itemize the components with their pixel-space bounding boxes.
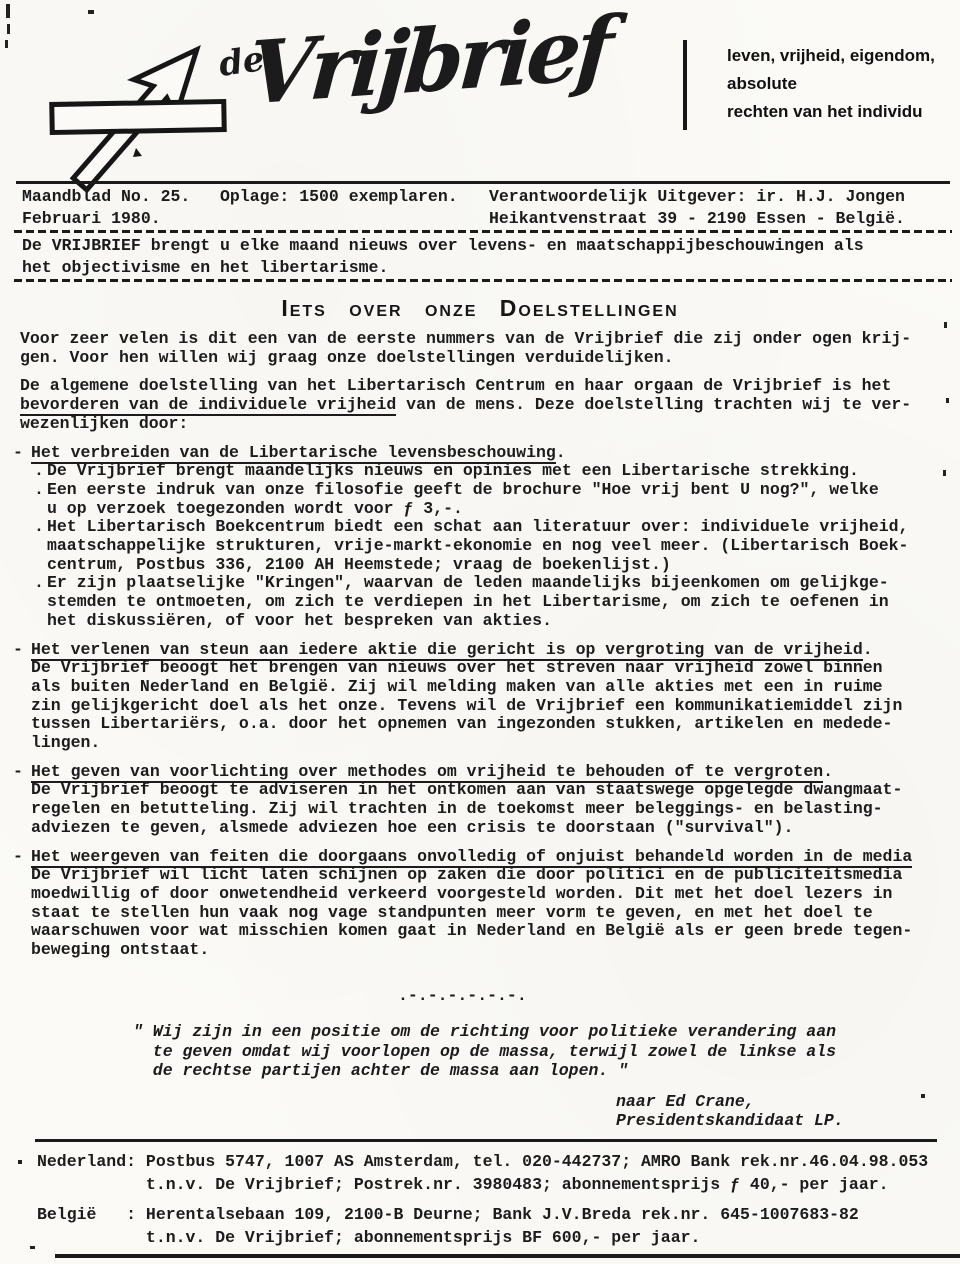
quote-line: te geven omdat wij voorlopen op de massa…: [133, 1042, 836, 1062]
pull-quote: " Wij zijn in een positie om de richting…: [133, 1022, 836, 1081]
body-line: stemden te ontmoeten, om zich te verdiep…: [0, 593, 960, 612]
body-line: lingen.: [0, 734, 960, 753]
text-segment: centrum, Postbus 336, 2100 AH Heemstede;…: [47, 555, 671, 574]
body-line: bevorderen van de individuele vrijheid v…: [0, 396, 960, 415]
body-line: De Vrijbrief wil licht laten schijnen op…: [0, 866, 960, 885]
dash-bullet-marker: -: [13, 848, 23, 867]
attribution-line: Presidentskandidaat LP.: [616, 1111, 844, 1130]
publisher: Verantwoordelijk Uitgever: ir. H.J. Jong…: [489, 187, 905, 206]
text-segment: moedwillig of door onwetendheid verkeerd…: [31, 884, 892, 903]
text-segment: als buiten Nederland en België. Zij wil …: [31, 677, 883, 696]
body-line: het diskussiëren, of voor het bespreken …: [0, 612, 960, 631]
footer-line: t.n.v. De Vrijbrief; Postrek.nr. 3980483…: [37, 1173, 928, 1196]
dash-bullet-marker: -: [13, 641, 23, 660]
article-body: Voor zeer velen is dit een van de eerste…: [0, 330, 960, 960]
body-line: De Vrijbrief beoogt te adviseren in het …: [0, 781, 960, 800]
text-segment: regelen en betutteling. Zij wil trachten…: [31, 799, 883, 818]
masthead: Maandblad No. 25. Oplage: 1500 exemplare…: [0, 0, 960, 171]
section-divider: .-.-.-.-.-.-.: [398, 986, 527, 1005]
body-line: moedwillig of door onwetendheid verkeerd…: [0, 885, 960, 904]
body-line: .Een eerste indruk van onze filosofie ge…: [0, 481, 960, 500]
text-segment: Er zijn plaatselijke "Kringen", waarvan …: [47, 573, 889, 592]
scan-artifact: [5, 40, 8, 48]
scan-artifact: [946, 398, 949, 403]
scan-artifact: [18, 1160, 22, 1164]
body-line: adviezen te geven, alsmede adviezen hoe …: [0, 819, 960, 838]
text-segment: De Vrijbrief brengt maandelijks nieuws e…: [47, 461, 859, 480]
body-line: zin gelijkgericht doel als het onze. Tev…: [0, 697, 960, 716]
masthead-dashed-rule-1: [14, 230, 952, 233]
text-segment: staat te stellen hun vaak nog vage stand…: [31, 903, 873, 922]
body-line: tussen Libertariërs, o.a. door het opnem…: [0, 715, 960, 734]
body-line: gen. Voor hen willen wij graag onze doel…: [0, 349, 960, 368]
text-segment: waarschuwen voor wat misschien komen gaa…: [31, 921, 912, 940]
body-line: .Het Libertarisch Boekcentrum biedt een …: [0, 518, 960, 537]
text-segment: De algemene doelstelling van het Liberta…: [20, 376, 891, 395]
issue-date: Februari 1980.: [22, 209, 161, 228]
text-segment: beweging ontstaat.: [31, 940, 209, 959]
body-line: .Er zijn plaatselijke "Kringen", waarvan…: [0, 574, 960, 593]
text-segment: Het Libertarisch Boekcentrum biedt een s…: [47, 517, 908, 536]
print-run: Oplage: 1500 exemplaren.: [220, 187, 458, 206]
text-segment: lingen.: [31, 733, 100, 752]
scan-artifact: [921, 1094, 925, 1098]
dash-bullet-marker: -: [13, 444, 23, 463]
dot-bullet-marker: .: [34, 462, 44, 481]
text-segment: tussen Libertariërs, o.a. door het opnem…: [31, 714, 892, 733]
body-line: u op verzoek toegezonden wordt voor ƒ 3,…: [0, 500, 960, 519]
text-segment: het diskussiëren, of voor het bespreken …: [47, 611, 552, 630]
masthead-top-rule: [16, 181, 950, 184]
bullet-heading-line: -Het verbreiden van de Libertarische lev…: [0, 444, 960, 463]
masthead-blurb-2: het objectivisme en het libertarisme.: [22, 258, 388, 277]
text-segment: Een eerste indruk van onze filosofie gee…: [47, 480, 879, 499]
scan-artifact: [943, 470, 946, 476]
footer-line: Nederland: Postbus 5747, 1007 AS Amsterd…: [37, 1150, 928, 1173]
body-line: maatschappelijke strukturen, vrije-markt…: [0, 537, 960, 556]
text-segment: .: [823, 762, 833, 781]
text-segment: .: [863, 640, 873, 659]
quote-attribution: naar Ed Crane,Presidentskandidaat LP.: [616, 1092, 844, 1130]
scan-artifact: [6, 4, 10, 18]
scan-artifact: [944, 322, 947, 328]
body-line: centrum, Postbus 336, 2100 AH Heemstede;…: [0, 556, 960, 575]
body-line: waarschuwen voor wat misschien komen gaa…: [0, 922, 960, 941]
issue-number: Maandblad No. 25.: [22, 187, 190, 206]
dash-bullet-marker: -: [13, 763, 23, 782]
footer-top-rule: [35, 1139, 937, 1142]
text-segment: adviezen te geven, alsmede adviezen hoe …: [31, 818, 793, 837]
body-line: regelen en betutteling. Zij wil trachten…: [0, 800, 960, 819]
body-line: De algemene doelstelling van het Liberta…: [0, 377, 960, 396]
quote-line: de rechtse partijen achter de massa aan …: [133, 1061, 836, 1081]
body-line: .De Vrijbrief brengt maandelijks nieuws …: [0, 462, 960, 481]
text-segment: gen. Voor hen willen wij graag onze doel…: [20, 348, 674, 367]
dot-bullet-marker: .: [34, 518, 44, 537]
text-segment: maatschappelijke strukturen, vrije-markt…: [47, 536, 908, 555]
body-line: De Vrijbrief beoogt het brengen van nieu…: [0, 659, 960, 678]
masthead-blurb-1: De VRIJBRIEF brengt u elke maand nieuws …: [22, 236, 864, 255]
scan-artifact: [7, 24, 10, 34]
quote-line: " Wij zijn in een positie om de richting…: [133, 1022, 836, 1042]
dot-bullet-marker: .: [34, 574, 44, 593]
article: Iets over onze Doelstellingen Voor zeer …: [0, 295, 960, 960]
scanned-newsletter-page: de Vrijbrief leven, vrijheid, eigendom,a…: [0, 0, 960, 1264]
bullet-heading-line: -Het geven van voorlichting over methode…: [0, 763, 960, 782]
text-segment: u op verzoek toegezonden wordt voor ƒ 3,…: [47, 499, 463, 518]
text-segment: Voor zeer velen is dit een van de eerste…: [20, 329, 911, 348]
dot-bullet-marker: .: [34, 481, 44, 500]
text-segment: zin gelijkgericht doel als het onze. Tev…: [31, 696, 902, 715]
scan-artifact: [30, 1246, 35, 1249]
footer-line: België : Herentalsebaan 109, 2100-B Deur…: [37, 1203, 928, 1226]
text-segment: De Vrijbrief beoogt het brengen van nieu…: [31, 658, 883, 677]
text-segment: van de mens. Deze doelstelling trachten …: [396, 395, 911, 414]
masthead-dashed-rule-2: [14, 279, 952, 282]
body-line: als buiten Nederland en België. Zij wil …: [0, 678, 960, 697]
footer-contact-info: Nederland: Postbus 5747, 1007 AS Amsterd…: [37, 1150, 928, 1249]
publisher-address: Heikantvenstraat 39 - 2190 Essen - Belgi…: [489, 209, 905, 228]
footer-line: t.n.v. De Vrijbrief; abonnementsprijs BF…: [37, 1226, 928, 1249]
body-line: staat te stellen hun vaak nog vage stand…: [0, 904, 960, 923]
bullet-heading-line: -Het verlenen van steun aan iedere aktie…: [0, 641, 960, 660]
body-line: wezenlijken door:: [0, 415, 960, 434]
text-segment: De Vrijbrief wil licht laten schijnen op…: [31, 865, 902, 884]
text-segment: stemden te ontmoeten, om zich te verdiep…: [47, 592, 889, 611]
bullet-heading-line: -Het weergeven van feiten die doorgaans …: [0, 848, 960, 867]
attribution-line: naar Ed Crane,: [616, 1092, 844, 1111]
body-line: Voor zeer velen is dit een van de eerste…: [0, 330, 960, 349]
text-segment: De Vrijbrief beoogt te adviseren in het …: [31, 780, 902, 799]
footer-bottom-rule: [55, 1254, 960, 1258]
text-segment: wezenlijken door:: [20, 414, 188, 433]
article-title: Iets over onze Doelstellingen: [0, 295, 960, 322]
scan-artifact: [88, 10, 94, 14]
text-segment: .: [556, 443, 566, 462]
body-line: beweging ontstaat.: [0, 941, 960, 960]
